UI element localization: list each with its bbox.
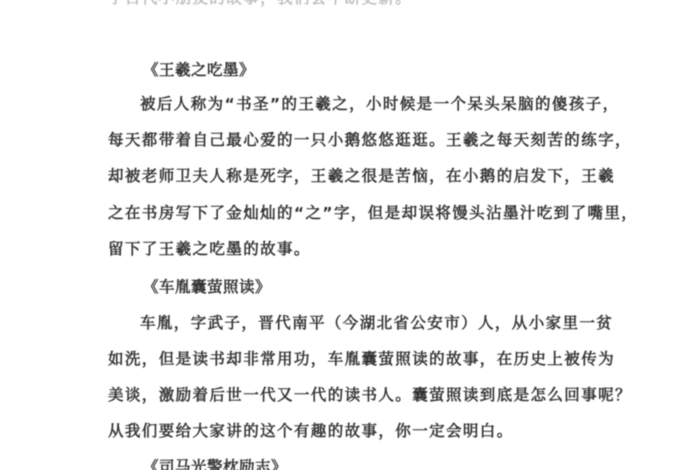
paragraph-line: 却被老师卫夫人称是死字，王羲之很是苦恼，在小鹅的启发下，王羲 xyxy=(108,166,615,186)
paragraph-line: 车胤，字武子，晋代南平（今湖北省公安市）人，从小家里一贫 xyxy=(140,313,613,333)
clipped-top-line: 于古代小朋友的故事，我们会不断更新。 xyxy=(108,0,412,8)
paragraph-line: 美谈，激励着后世一代又一代的读书人。囊萤照读到底是怎么回事呢？ xyxy=(108,385,632,405)
section-title-sima-guang: 《司马光警枕励志》 xyxy=(143,457,287,470)
section-title-che-yin: 《车胤囊萤照读》 xyxy=(143,277,271,297)
paragraph-line: 每天都带着自己最心爱的一只小鹅悠悠逛逛。王羲之每天刻苦的练字， xyxy=(108,130,632,150)
paragraph-line: 被后人称为“书圣”的王羲之，小时候是一个呆头呆脑的傻孩子， xyxy=(140,94,619,114)
paragraph-line: 之在书房写下了金灿灿的“之”字，但是却误将馒头沾墨汁吃到了嘴里， xyxy=(108,203,638,223)
paragraph-line: 从我们要给大家讲的这个有趣的故事，你一定会明白。 xyxy=(108,421,514,441)
paragraph-line: 留下了王羲之吃墨的故事。 xyxy=(108,239,311,259)
section-title-wang-xizhi: 《王羲之吃墨》 xyxy=(143,60,255,80)
document-page: 于古代小朋友的故事，我们会不断更新。 《王羲之吃墨》 被后人称为“书圣”的王羲之… xyxy=(0,0,700,470)
paragraph-line: 如洗，但是读书却非常用功，车胤囊萤照读的故事，在历史上被传为 xyxy=(108,349,615,369)
